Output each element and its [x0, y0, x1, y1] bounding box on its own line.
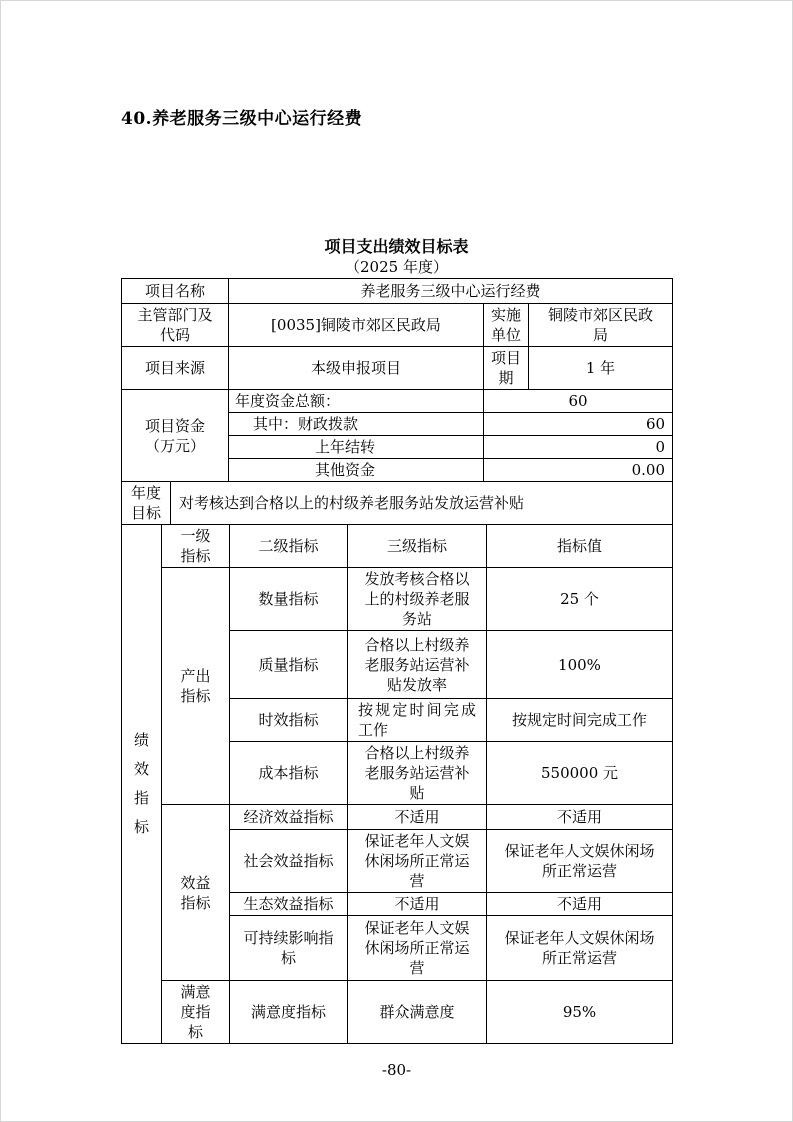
cell-level3: 不适用: [348, 893, 487, 916]
cell-dept-value: [0035]铜陵市郊区民政局: [229, 304, 484, 347]
cell-header-value: 指标值: [487, 525, 673, 568]
cell-period-label: 项目 期: [484, 347, 529, 390]
cell-project-name-value: 养老服务三级中心运行经费: [229, 279, 673, 304]
cell-level3: 合格以上村级养 老服务站运营补 贴发放率: [348, 631, 487, 699]
cell-funding-total-value: 60: [484, 390, 673, 413]
cell-level2: 社会效益指标: [230, 830, 348, 893]
cell-funding-total-label: 年度资金总额：: [229, 390, 484, 413]
cell-level3: 按规定时间完成工作: [348, 699, 487, 742]
cell-value: 25 个: [487, 568, 673, 631]
table-title: 项目支出绩效目标表: [1, 237, 792, 257]
cell-level3: 合格以上村级养 老服务站运营补 贴: [348, 742, 487, 805]
cell-source-label: 项目来源: [122, 347, 229, 390]
cell-funding-label: 项目资金 （万元）: [122, 390, 229, 482]
cell-funding-carryover-value: 0: [484, 436, 673, 459]
cell-level2: 满意度指标: [230, 981, 348, 1044]
performance-target-table: 项目名称 养老服务三级中心运行经费 主管部门及 代码 [0035]铜陵市郊区民政…: [121, 278, 674, 1044]
cell-period-value: 1 年: [529, 347, 673, 390]
cell-funding-other-value: 0.00: [484, 459, 673, 482]
cell-level2: 经济效益指标: [230, 805, 348, 830]
cell-header-level2: 二级指标: [230, 525, 348, 568]
cell-level2: 成本指标: [230, 742, 348, 805]
cell-level2: 可持续影响指 标: [230, 916, 348, 981]
cell-value: 保证老年人文娱休闲场 所正常运营: [487, 830, 673, 893]
cell-group-satisfaction-label: 满意 度指 标: [162, 981, 230, 1044]
cell-dept-label: 主管部门及 代码: [122, 304, 229, 347]
cell-value: 不适用: [487, 893, 673, 916]
annual-goal-table: 年度 目标 对考核达到合格以上的村级养老服务站发放运营补贴: [121, 481, 673, 525]
cell-funding-other-label: 其他资金: [229, 459, 484, 482]
cell-group-benefit-label: 效益 指标: [162, 805, 230, 981]
cell-header-level3: 三级指标: [348, 525, 487, 568]
cell-value: 按规定时间完成工作: [487, 699, 673, 742]
cell-source-value: 本级申报项目: [229, 347, 484, 390]
cell-annual-goal-label: 年度 目标: [122, 482, 171, 525]
cell-indicators-side-label: 绩 效 指 标: [122, 525, 162, 1044]
cell-value: 保证老年人文娱休闲场 所正常运营: [487, 916, 673, 981]
basic-info-table: 项目名称 养老服务三级中心运行经费 主管部门及 代码 [0035]铜陵市郊区民政…: [121, 278, 673, 482]
page-number: -80-: [1, 1061, 792, 1079]
cell-level2: 时效指标: [230, 699, 348, 742]
cell-level3: 保证老年人文娱 休闲场所正常运 营: [348, 830, 487, 893]
cell-funding-fiscal-value: 60: [484, 413, 673, 436]
cell-value: 不适用: [487, 805, 673, 830]
cell-level3: 保证老年人文娱 休闲场所正常运 营: [348, 916, 487, 981]
cell-project-name-label: 项目名称: [122, 279, 229, 304]
cell-level2: 数量指标: [230, 568, 348, 631]
indicators-table: 绩 效 指 标 一级 指标 二级指标 三级指标 指标值 产出 指标 数量指标 发…: [121, 524, 673, 1044]
cell-level3: 不适用: [348, 805, 487, 830]
cell-level2: 质量指标: [230, 631, 348, 699]
cell-funding-carryover-label: 上年结转: [229, 436, 484, 459]
cell-value: 95%: [487, 981, 673, 1044]
cell-funding-fiscal-label: 其中：财政拨款: [229, 413, 484, 436]
cell-value: 550000 元: [487, 742, 673, 805]
cell-impl-unit-label: 实施 单位: [484, 304, 529, 347]
table-subtitle: （2025 年度）: [1, 258, 792, 277]
document-page: 40.养老服务三级中心运行经费 项目支出绩效目标表 （2025 年度） 项目名称…: [0, 0, 793, 1122]
cell-level3: 群众满意度: [348, 981, 487, 1044]
section-heading: 40.养老服务三级中心运行经费: [121, 104, 362, 129]
cell-annual-goal-text: 对考核达到合格以上的村级养老服务站发放运营补贴: [171, 482, 673, 525]
cell-header-level1: 一级 指标: [162, 525, 230, 568]
cell-level3: 发放考核合格以 上的村级养老服 务站: [348, 568, 487, 631]
cell-group-output-label: 产出 指标: [162, 568, 230, 805]
cell-level2: 生态效益指标: [230, 893, 348, 916]
cell-value: 100%: [487, 631, 673, 699]
cell-impl-unit-value: 铜陵市郊区民政 局: [529, 304, 673, 347]
